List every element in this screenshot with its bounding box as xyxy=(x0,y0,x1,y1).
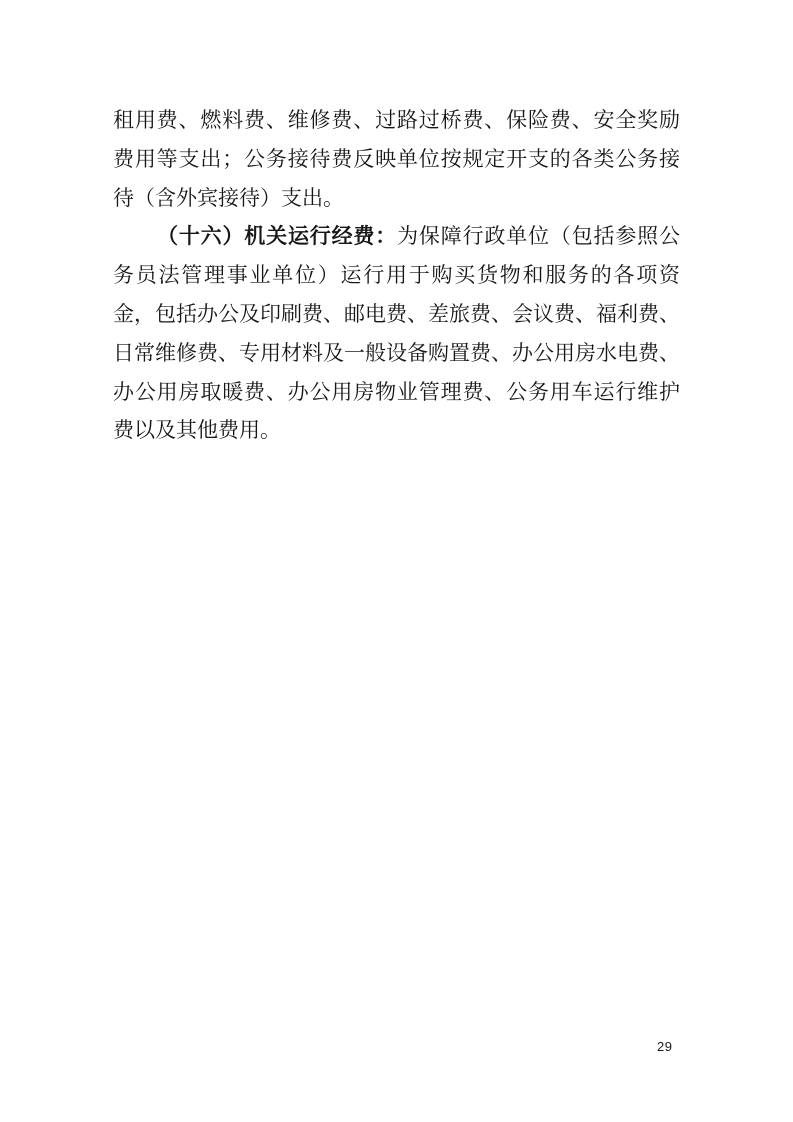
text-line: 待（含外宾接待）支出。 xyxy=(113,179,680,218)
text-line: 务员法管理事业单位）运行用于购买货物和服务的各项资 xyxy=(113,256,680,295)
body-text: 租用费、燃料费、维修费、过路过桥费、保险费、安全奖励 费用等支出；公务接待费反映… xyxy=(113,101,680,450)
text-line: 费用等支出；公务接待费反映单位按规定开支的各类公务接 xyxy=(113,140,680,179)
paragraph-16: （十六）机关运行经费：为保障行政单位（包括参照公 务员法管理事业单位）运行用于购… xyxy=(113,217,680,450)
text-line: 办公用房取暖费、办公用房物业管理费、公务用车运行维护 xyxy=(113,373,680,412)
paragraph-continuation: 租用费、燃料费、维修费、过路过桥费、保险费、安全奖励 费用等支出；公务接待费反映… xyxy=(113,101,680,217)
paragraph-16-heading: （十六）机关运行经费： xyxy=(157,224,397,248)
text-line: （十六）机关运行经费：为保障行政单位（包括参照公 xyxy=(113,217,680,256)
text-line: 租用费、燃料费、维修费、过路过桥费、保险费、安全奖励 xyxy=(113,101,680,140)
text-line: 日常维修费、专用材料及一般设备购置费、办公用房水电费、 xyxy=(113,334,680,373)
text-line: 金，包括办公及印刷费、邮电费、差旅费、会议费、福利费、 xyxy=(113,295,680,334)
paragraph-16-lead-text: 为保障行政单位（包括参照公 xyxy=(397,224,680,248)
text-line: 费以及其他费用。 xyxy=(113,411,680,450)
page-number: 29 xyxy=(657,1039,672,1054)
document-page: 租用费、燃料费、维修费、过路过桥费、保险费、安全奖励 费用等支出；公务接待费反映… xyxy=(0,0,793,1122)
